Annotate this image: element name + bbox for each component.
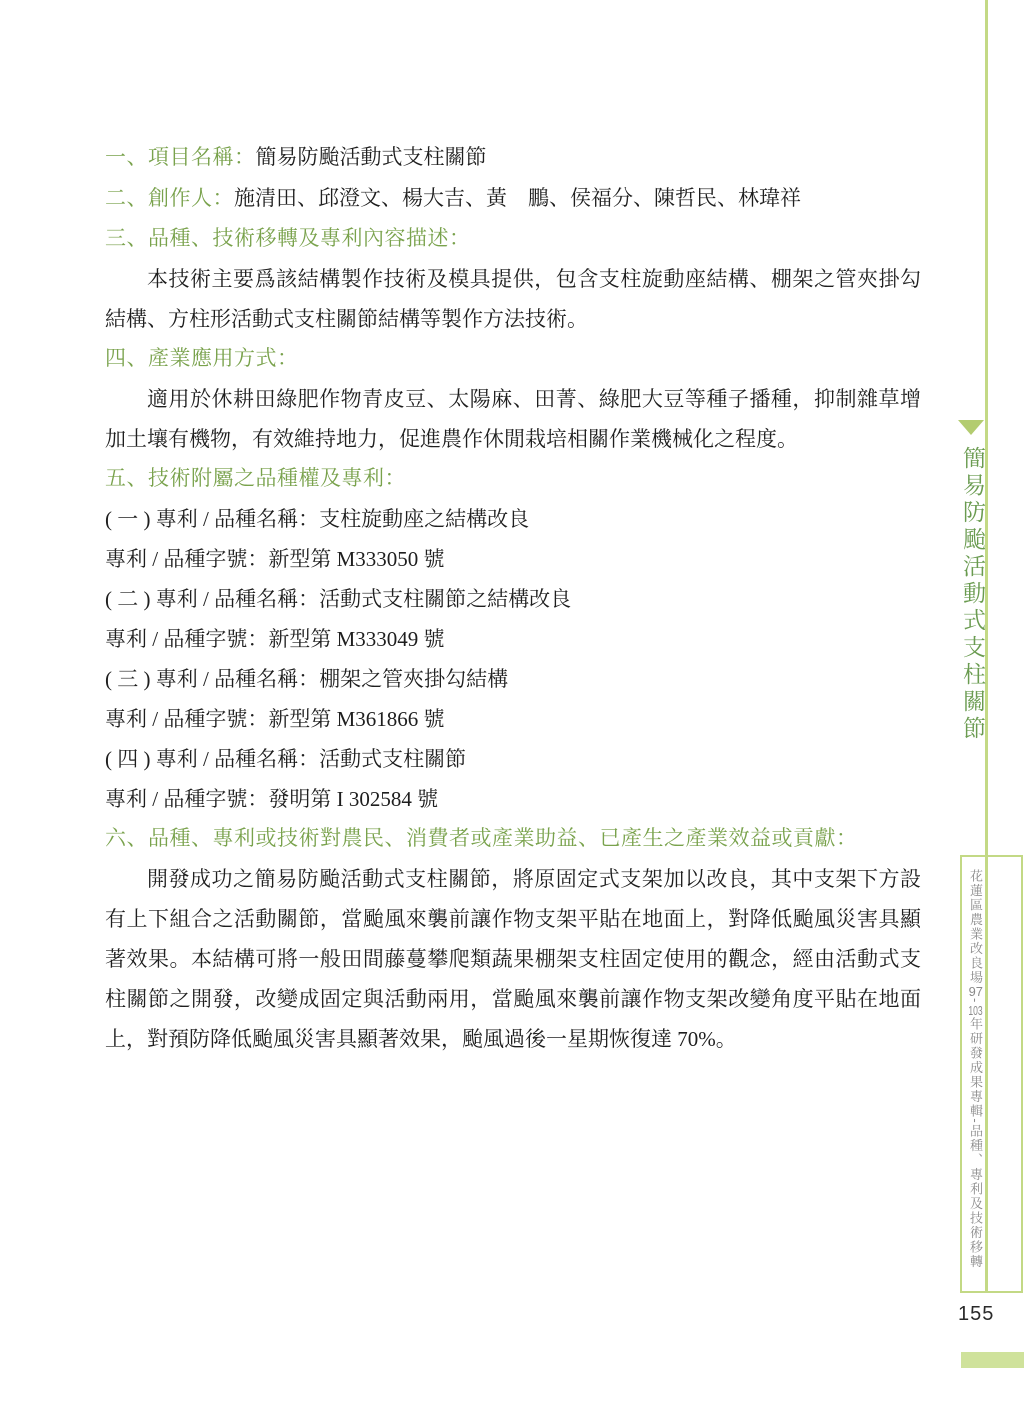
caption-series-title: 年研發成果專輯-品種、專利及技術移轉 — [968, 1017, 983, 1269]
patent-item-3: ( 三 ) 專利 / 品種名稱：棚架之管夾掛勾結構 專利 / 品種字號：新型第 … — [105, 659, 921, 739]
patent-id-label: 專利 / 品種字號： — [105, 627, 268, 651]
patent-item-2: ( 二 ) 專利 / 品種名稱：活動式支柱關節之結構改良 專利 / 品種字號：新… — [105, 579, 921, 659]
patent-name-label: 專利 / 品種名稱： — [156, 507, 319, 531]
section-1-heading: 一、項目名稱： — [105, 146, 256, 169]
patent-item-1: ( 一 ) 專利 / 品種名稱：支柱旋動座之結構改良 專利 / 品種字號：新型第… — [105, 499, 921, 579]
document-page: 一、項目名稱：簡易防颱活動式支柱關節 二、創作人：施清田、邱澄文、楊大吉、黃 鵬… — [0, 0, 1024, 1418]
sidebar-caption-box: 花蓮區農業改良場97-103年研發成果專輯-品種、專利及技術移轉 — [960, 855, 1023, 1293]
patent-2-id-line: 專利 / 品種字號：新型第 M333049 號 — [105, 619, 921, 659]
patent-1-name: 支柱旋動座之結構改良 — [319, 507, 529, 531]
section-6-heading: 六、品種、專利或技術對農民、消費者或產業助益、已產生之產業效益或貢獻： — [105, 819, 921, 859]
patent-2-name-line: ( 二 ) 專利 / 品種名稱：活動式支柱關節之結構改良 — [105, 579, 921, 619]
section-6-paragraph: 開發成功之簡易防颱活動式支柱關節，將原固定式支架加以改良，其中支架下方設有上下組… — [105, 859, 921, 1059]
section-2-line: 二、創作人：施清田、邱澄文、楊大吉、黃 鵬、侯福分、陳哲民、林瑋祥 — [105, 178, 921, 219]
patent-id-label: 專利 / 品種字號： — [105, 787, 268, 811]
patent-4-id-line: 專利 / 品種字號：發明第 I 302584 號 — [105, 779, 921, 819]
patent-3-name: 棚架之管夾掛勾結構 — [319, 667, 508, 691]
triangle-down-icon — [958, 420, 984, 435]
patent-name-label: 專利 / 品種名稱： — [156, 587, 319, 611]
patent-2-number: ( 二 ) — [105, 587, 156, 611]
caption-station-name: 花蓮區農業改良場 — [968, 869, 983, 985]
patent-id-label: 專利 / 品種字號： — [105, 707, 268, 731]
section-2-value: 施清田、邱澄文、楊大吉、黃 鵬、侯福分、陳哲民、林瑋祥 — [234, 186, 801, 210]
section-4-heading: 四、產業應用方式： — [105, 339, 921, 379]
section-2-heading: 二、創作人： — [105, 187, 234, 210]
main-text-column: 一、項目名稱：簡易防颱活動式支柱關節 二、創作人：施清田、邱澄文、楊大吉、黃 鵬… — [105, 137, 921, 1059]
section-5-heading: 五、技術附屬之品種權及專利： — [105, 459, 921, 499]
sidebar-chapter-title: 簡易防颱活動式支柱關節 — [956, 446, 989, 743]
patent-4-name: 活動式支柱關節 — [319, 747, 466, 771]
patent-id-label: 專利 / 品種字號： — [105, 547, 268, 571]
patent-3-id: 新型第 M361866 號 — [268, 707, 444, 731]
patent-4-id: 發明第 I 302584 號 — [268, 787, 438, 811]
section-1-line: 一、項目名稱：簡易防颱活動式支柱關節 — [105, 137, 921, 178]
footer-accent-bar — [961, 1352, 1024, 1368]
patent-4-number: ( 四 ) — [105, 747, 156, 771]
patent-3-number: ( 三 ) — [105, 667, 156, 691]
patent-1-id-line: 專利 / 品種字號：新型第 M333050 號 — [105, 539, 921, 579]
patent-item-4: ( 四 ) 專利 / 品種名稱：活動式支柱關節 專利 / 品種字號：發明第 I … — [105, 739, 921, 819]
section-4-paragraph: 適用於休耕田綠肥作物青皮豆、太陽麻、田菁、綠肥大豆等種子播種，抑制雜草增加土壤有… — [105, 379, 921, 459]
patent-1-number: ( 一 ) — [105, 507, 156, 531]
patent-3-id-line: 專利 / 品種字號：新型第 M361866 號 — [105, 699, 921, 739]
patent-name-label: 專利 / 品種名稱： — [156, 747, 319, 771]
caption-year-start: 97 — [968, 985, 983, 998]
patent-4-name-line: ( 四 ) 專利 / 品種名稱：活動式支柱關節 — [105, 739, 921, 779]
patent-1-name-line: ( 一 ) 專利 / 品種名稱：支柱旋動座之結構改良 — [105, 499, 921, 539]
patent-1-id: 新型第 M333050 號 — [268, 547, 444, 571]
patent-2-name: 活動式支柱關節之結構改良 — [319, 587, 571, 611]
page-number: 155 — [958, 1303, 1002, 1326]
sidebar-caption-text: 花蓮區農業改良場97-103年研發成果專輯-品種、專利及技術移轉 — [966, 869, 985, 1269]
section-3-heading: 三、品種、技術移轉及專利內容描述： — [105, 219, 921, 259]
caption-year-end: 103 — [968, 1004, 983, 1017]
patent-2-id: 新型第 M333049 號 — [268, 627, 444, 651]
patent-name-label: 專利 / 品種名稱： — [156, 667, 319, 691]
section-3-paragraph: 本技術主要爲該結構製作技術及模具提供，包含支柱旋動座結構、棚架之管夾掛勾結構、方… — [105, 259, 921, 339]
patent-3-name-line: ( 三 ) 專利 / 品種名稱：棚架之管夾掛勾結構 — [105, 659, 921, 699]
section-1-value: 簡易防颱活動式支柱關節 — [256, 145, 487, 169]
